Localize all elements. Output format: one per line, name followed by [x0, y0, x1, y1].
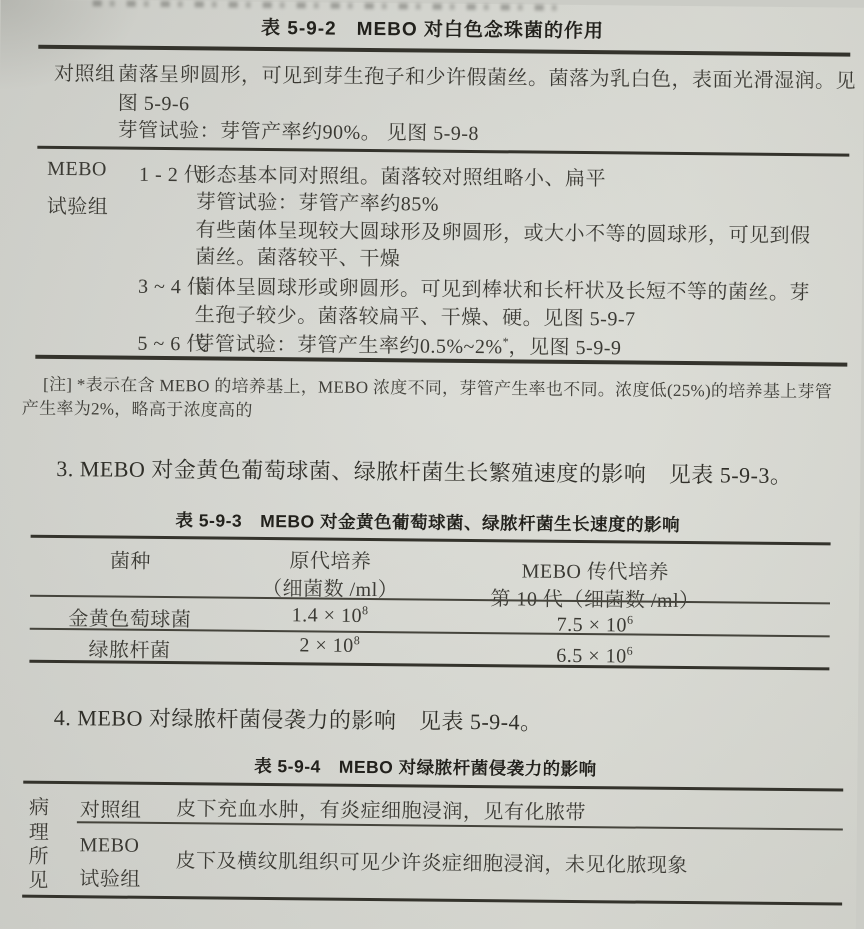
staph-primary-exponent: 8 — [362, 603, 368, 617]
table-594-mebo-label-line-2: 试验组 — [79, 862, 141, 892]
pseudomonas-primary-base: 2 × 10 — [299, 634, 353, 657]
control-row-line-2: 图 5-9-6 — [118, 87, 190, 117]
generation-1-2-label: 1 - 2 代 — [139, 158, 204, 188]
gen56-text: 芽管试验：芽管产生率约0.5%~2% — [194, 333, 502, 358]
scanned-page: 表 5-9-2 MEBO 对白色念珠菌的作用 对照组 菌落呈卵圆形，可见到芽生孢… — [0, 0, 864, 929]
col-header-passage-line-2: 第 10 代（细菌数 /ml） — [475, 582, 715, 613]
control-row-line-1: 菌落呈卵圆形，可见到芽生孢子和少许假菌丝。菌落为乳白色，表面光滑湿润。见 — [118, 58, 856, 94]
table-594-control-label: 对照组 — [80, 793, 142, 823]
gen56-line: 芽管试验：芽管产生率约0.5%~2%*，见图 5-9-9 — [194, 327, 621, 360]
mebo-group-label-line-2: 试验组 — [47, 190, 109, 220]
staph-passage-exponent: 6 — [627, 613, 633, 627]
section-4-heading: 4. MEBO 对绿脓杆菌侵袭力的影响 见表 5-9-4。 — [54, 701, 543, 737]
row-pseudomonas-species: 绿脓杆菌 — [49, 633, 209, 664]
staph-primary-base: 1.4 × 10 — [292, 604, 362, 627]
gen34-line-2: 生孢子较少。菌落较扁平、干燥、硬。见图 5-9-7 — [195, 298, 636, 331]
col-header-passage-line-1: MEBO 传代培养 — [475, 554, 715, 585]
table-594-title: 表 5-9-4 MEBO 对绿脓杆菌侵袭力的影响 — [0, 750, 858, 783]
col-header-species: 菌种 — [55, 544, 205, 574]
table-593-title: 表 5-9-3 MEBO 对金黄色葡萄球菌、绿脓杆菌生长速度的影响 — [0, 505, 860, 538]
table-594-mebo-text: 皮下及横纹肌组织可见少许炎症细胞浸润，未见化脓现象 — [175, 844, 688, 878]
col-header-primary-line-1: 原代培养 — [235, 544, 425, 575]
row-pseudomonas-primary-count: 2 × 108 — [234, 634, 424, 659]
table-594-bottom-rule — [22, 895, 842, 905]
control-row-line-3: 芽管试验：芽管产率约90%。 见图 5-9-8 — [117, 114, 479, 146]
table-592-title: 表 5-9-2 MEBO 对白色念珠菌的作用 — [0, 10, 864, 45]
gen56-text-after: ，见图 5-9-9 — [508, 336, 621, 359]
gen12-line-4: 菌丝。菌落较平、干燥 — [195, 240, 400, 271]
table-592-mid-rule — [37, 146, 849, 156]
section-3-heading: 3. MEBO 对金黄色葡萄球菌、绿脓杆菌生长繁殖速度的影响 见表 5-9-3。 — [56, 452, 792, 490]
mebo-group-label-line-1: MEBO — [47, 158, 107, 182]
row-staph-primary-count: 1.4 × 108 — [235, 604, 425, 629]
control-group-label: 对照组 — [54, 57, 116, 87]
footnote-line-2: 产生率为2%，略高于浓度高的 — [22, 394, 253, 421]
cutoff-text-fragment — [93, 0, 563, 11]
table-592-top-rule — [38, 45, 850, 56]
table-594-control-text: 皮下充血水肿，有炎症细胞浸润，见有化脓带 — [176, 792, 586, 825]
pathology-side-label-char-4: 见 — [28, 864, 49, 893]
pseudomonas-primary-exponent: 8 — [354, 633, 360, 647]
gen12-line-2: 芽管试验：芽管产率约85% — [196, 185, 439, 216]
pseudomonas-passage-exponent: 6 — [627, 644, 633, 658]
table-594-mebo-label-line-1: MEBO — [80, 834, 140, 858]
